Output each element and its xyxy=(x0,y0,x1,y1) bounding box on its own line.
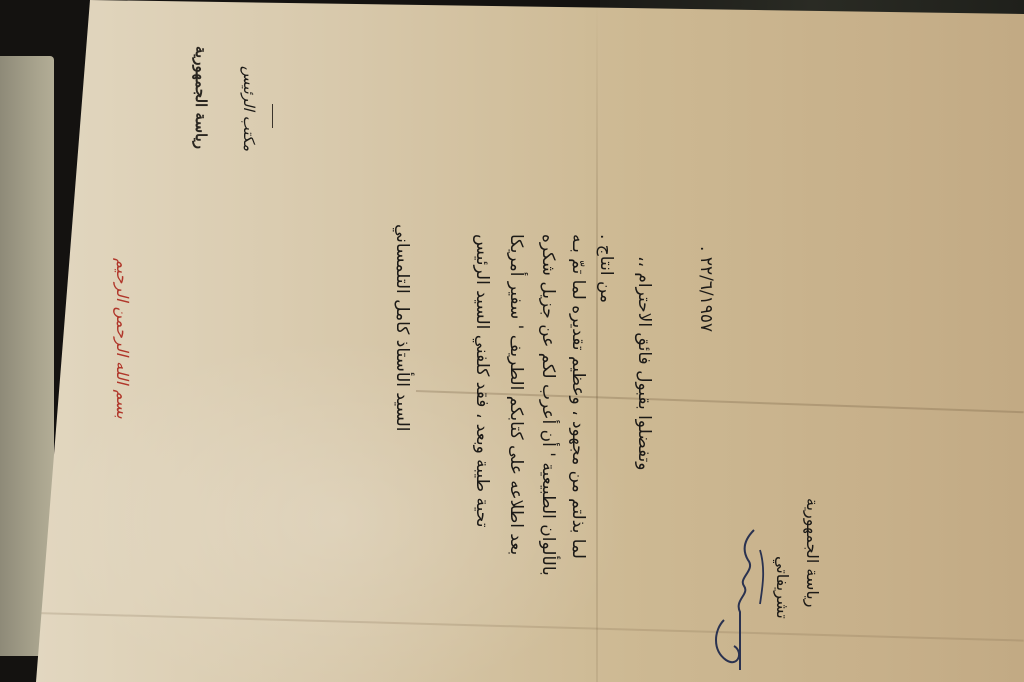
salutation: السيد الأستاذ كامل التلمساني xyxy=(392,224,412,432)
body-line-1: تحية طيبة وبعد ، فقد كلفني السيد الرئيس xyxy=(472,234,492,527)
date: ٢٢/٦/١٩٥٧ . xyxy=(696,246,716,332)
fold-crease-vertical xyxy=(596,0,598,682)
letterhead-office: مكتب الرئيس xyxy=(240,66,258,151)
basmala: بسم الله الرحمن الرحيم xyxy=(113,258,132,419)
body-line-3: بالألوان الطبيعية ' أن أعرب لكم عن جزيل … xyxy=(538,234,558,576)
signature-title: تشريفاتي xyxy=(773,556,792,619)
body-line-5: من انتاج . xyxy=(596,234,616,303)
signature-mark-icon xyxy=(704,520,784,680)
signature-department: رياسة الجمهورية xyxy=(803,498,822,607)
letter-paper: بسم الله الرحمن الرحيم رياسة الجمهورية م… xyxy=(36,0,1024,682)
letterhead-emblem: رياسة الجمهورية xyxy=(192,46,210,149)
fold-crease-lower xyxy=(36,612,1024,642)
signature xyxy=(704,520,784,680)
closing: وتفضلوا بقبول فائق الاحترام ،، xyxy=(634,256,654,471)
body-line-4: لما بذلتم من مجهود ، وعظيم تقديره لما تم… xyxy=(568,234,588,559)
letterhead-rule xyxy=(272,104,273,128)
body-line-2: بعد اطلاعه على كتابكم الطريف ' سفير أمري… xyxy=(506,234,526,555)
